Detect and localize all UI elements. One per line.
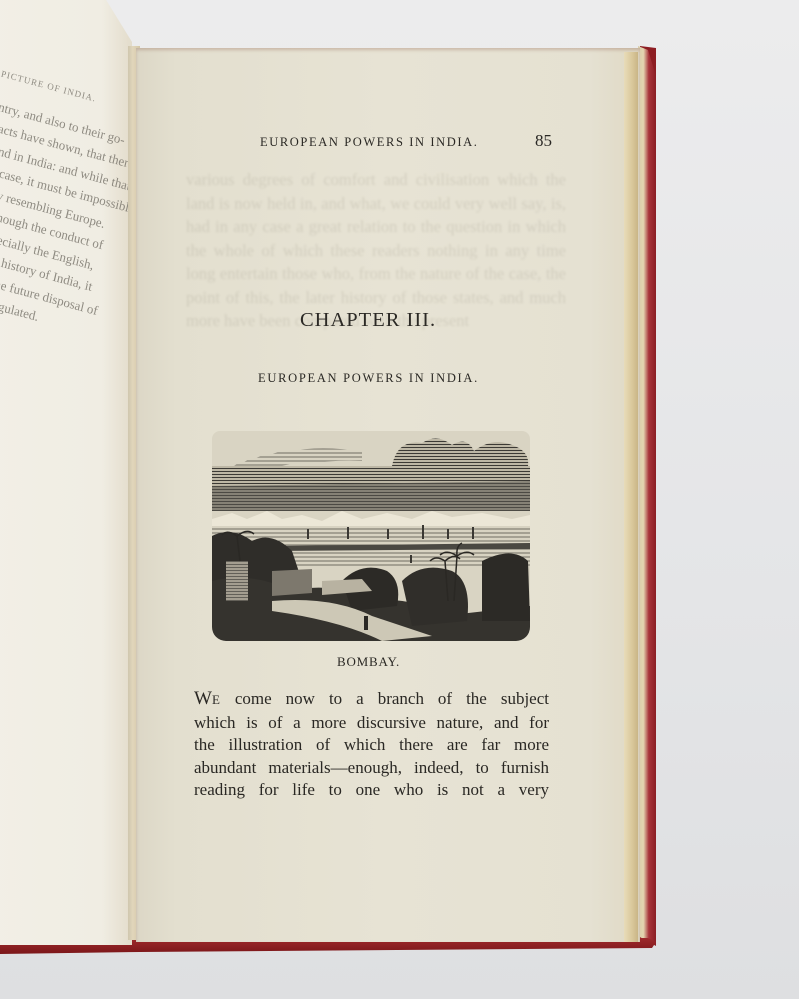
body-line: the illustration of which there are far … bbox=[194, 734, 549, 757]
body-paragraph: WE come now to a branch of the subject w… bbox=[194, 688, 549, 802]
initial-smallcap: E bbox=[212, 692, 221, 707]
initial-letter: W bbox=[194, 688, 212, 709]
right-page-fore-edge bbox=[624, 52, 638, 942]
running-head: EUROPEAN POWERS IN INDIA. 85 bbox=[260, 131, 552, 151]
show-through-text: various degrees of comfort and civilisat… bbox=[186, 168, 566, 333]
body-line: reading for life to one who is not a ver… bbox=[194, 779, 549, 802]
chapter-subtitle: EUROPEAN POWERS IN INDIA. bbox=[258, 371, 479, 386]
page-number: 85 bbox=[535, 131, 552, 151]
illustration-caption: BOMBAY. bbox=[337, 654, 400, 670]
body-line: which is of a more discursive nature, an… bbox=[194, 712, 549, 735]
body-line: WE come now to a branch of the subject bbox=[194, 688, 549, 712]
body-line: abundant materials—enough, indeed, to fu… bbox=[194, 757, 549, 780]
left-page-red-edge bbox=[0, 0, 120, 10]
running-head-title: EUROPEAN POWERS IN INDIA. bbox=[260, 135, 478, 150]
bombay-engraving bbox=[212, 431, 530, 641]
book-cover-right-edge bbox=[638, 46, 656, 946]
chapter-title: CHAPTER III. bbox=[300, 309, 436, 332]
body-line-text: come now to a branch of the subject bbox=[221, 689, 549, 708]
